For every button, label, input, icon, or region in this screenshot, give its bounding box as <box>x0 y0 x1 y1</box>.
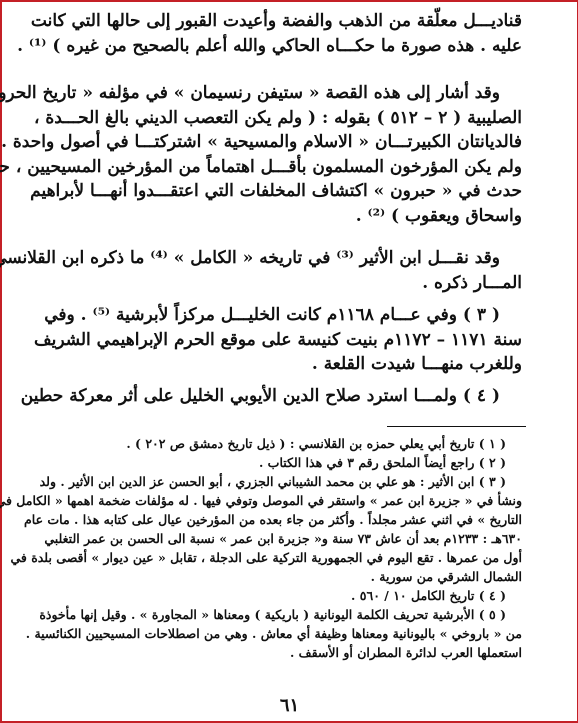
footnote-1: ( ١ ) تاريخ أبي يعلي حمزه بن القلانسي : … <box>50 434 522 453</box>
footnote-line: ( ٥ ) الأبرشية تحريف الكلمة اليونانية ( … <box>50 605 522 624</box>
text-line: ( ٣ ) وفي عـــام ١١٦٨م كانت الخليـــل مر… <box>50 303 522 328</box>
paragraph-3: وقد نقـــل ابن الأثير ⁽³⁾ في تاريخه « ال… <box>50 246 522 295</box>
footnote-line: أول من عمرها . تقع اليوم في الجمهورية ال… <box>50 548 522 567</box>
footnote-line: ( ٢ ) راجع أيضاً الملحق رقم ٣ في هذا الك… <box>50 453 522 472</box>
scanned-book-page: قناديـــل معلّقة من الذهب والفضة وأعيدت … <box>0 0 578 723</box>
paragraph-4: ( ٣ ) وفي عـــام ١١٦٨م كانت الخليـــل مر… <box>50 303 522 377</box>
text-line: وقد أشار إلى هذه القصة « ستيفن رنسيمان »… <box>50 81 522 106</box>
footnote-line: ( ٤ ) تاريخ الكامل ١٠ / ٥٦٠ . <box>50 586 522 605</box>
footnote-line: من « باروخي » باليونانية ومعناها وظيفة أ… <box>50 624 522 643</box>
text-line: فالديانتان الكبيرتـــان « الاسلام والمسي… <box>50 130 522 155</box>
text-line: ( ٤ ) ولمـــا استرد صلاح الدين الأيوبي ا… <box>50 384 522 409</box>
footnote-line: ( ٣ ) ابن الأثير : هو علي بن محمد الشيبا… <box>50 472 522 491</box>
footnote-2: ( ٢ ) راجع أيضاً الملحق رقم ٣ في هذا الك… <box>50 453 522 472</box>
text-line: الصليبية ( ٢ – ٥١٢ ) بقوله : ( ولم يكن ا… <box>50 106 522 131</box>
page-number: ٦١ <box>2 695 577 716</box>
footnote-line: ٦٣٠هـ : ١٢٣٣م بعد أن عاش ٧٣ سنة و« جزيرة… <box>50 529 522 548</box>
paragraph-2: وقد أشار إلى هذه القصة « ستيفن رنسيمان »… <box>50 81 522 228</box>
text-line: وللغرب منهـــا شيدت القلعة . <box>50 352 522 377</box>
footnote-line: التاريخ » في اثني عشر مجلداً . وأكثر من … <box>50 510 522 529</box>
footnote-line: استعملها العرب لدائرة المطران أو الأسقف … <box>50 643 522 662</box>
paragraph-1: قناديـــل معلّقة من الذهب والفضة وأعيدت … <box>50 9 522 58</box>
text-line: المـــار ذكره . <box>50 271 522 296</box>
text-line: واسحاق ويعقوب ) ⁽²⁾ . <box>50 204 522 229</box>
text-line: ولم يكن المؤرخون المسلمون بأقـــل اهتمام… <box>50 155 522 180</box>
footnotes: ( ١ ) تاريخ أبي يعلي حمزه بن القلانسي : … <box>50 434 522 662</box>
text-line: قناديـــل معلّقة من الذهب والفضة وأعيدت … <box>50 9 522 34</box>
footnote-line: الشمال الشرقي من سورية . <box>50 567 522 586</box>
paragraph-5: ( ٤ ) ولمـــا استرد صلاح الدين الأيوبي ا… <box>50 384 522 409</box>
text-line: حدث في « حبرون » اكتشاف المخلفات التي اع… <box>50 179 522 204</box>
footnote-3: ( ٣ ) ابن الأثير : هو علي بن محمد الشيبا… <box>50 472 522 586</box>
footnote-line: ( ١ ) تاريخ أبي يعلي حمزه بن القلانسي : … <box>50 434 522 453</box>
footnote-line: ونشأ في « جزيرة ابن عمر » واستقر في المو… <box>50 491 522 510</box>
footnote-separator <box>387 426 526 427</box>
footnote-4: ( ٤ ) تاريخ الكامل ١٠ / ٥٦٠ . <box>50 586 522 605</box>
text-line: وقد نقـــل ابن الأثير ⁽³⁾ في تاريخه « ال… <box>50 246 522 271</box>
footnote-5: ( ٥ ) الأبرشية تحريف الكلمة اليونانية ( … <box>50 605 522 662</box>
text-line: عليه . هذه صورة ما حكـــاه الحاكي والله … <box>50 34 522 59</box>
text-line: سنة ١١٧١ – ١١٧٢م بنيت كنيسة على موقع الح… <box>50 328 522 353</box>
